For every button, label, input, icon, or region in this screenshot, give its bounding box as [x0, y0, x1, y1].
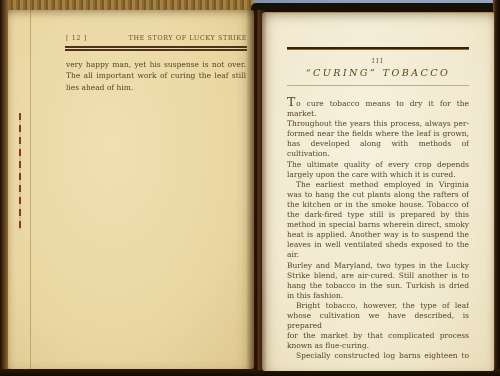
paragraph: Bright tobacco, however, the type of lea… — [287, 301, 469, 351]
paragraph: The earliest method employed in Virginia… — [287, 180, 469, 301]
text-line: the kitchen or in the smoke house. Tobac… — [287, 200, 469, 210]
chapter-title: “CURING” TOBACCO — [287, 68, 469, 79]
text-line: leaves in well ventilated sheds exposed … — [287, 240, 469, 260]
chapter-heading-rule-bottom — [287, 85, 469, 86]
text-line: whose cultivation we have described, is … — [287, 311, 469, 331]
right-page-text-block: III “CURING” TOBACCO To cure tobacco mea… — [287, 13, 469, 361]
text-line: has developed along with methods of cult… — [287, 139, 469, 159]
text-line: Specially constructed log barns eighteen… — [287, 351, 469, 361]
page-header: [ 12 ] THE STORY OF LUCKY STRIKE — [66, 34, 247, 42]
text-line: The all important work of curing the lea… — [66, 70, 246, 81]
book-cover-edge-right — [493, 0, 500, 376]
text-line: Burley and Maryland, two types in the Lu… — [287, 261, 469, 271]
text-line: lies ahead of him. — [66, 82, 246, 93]
book-photo: [ 12 ] THE STORY OF LUCKY STRIKE very ha… — [0, 0, 500, 376]
body-text: To cure tobacco means to dry it for the … — [287, 97, 469, 361]
page-edge-crease — [30, 10, 31, 369]
text-line: To cure tobacco means to dry it for the … — [287, 97, 469, 119]
paragraph: To cure tobacco means to dry it for the … — [287, 97, 469, 180]
text-line: in this fashion. — [287, 291, 469, 301]
text-line: for the market by that complicated proce… — [287, 331, 469, 341]
paragraph: Specially constructed log barns eighteen… — [287, 351, 469, 361]
text-line: the dark-fired type still is prepared by… — [287, 210, 469, 220]
page-number: [ 12 ] — [66, 34, 87, 42]
text-line: known as flue-curing. — [287, 341, 469, 351]
running-head: THE STORY OF LUCKY STRIKE — [129, 34, 247, 42]
text-line: The earliest method employed in Virginia — [287, 180, 469, 190]
text-line: was to hang the cut plants along the raf… — [287, 190, 469, 200]
left-page-text: very happy man, yet his suspense is not … — [66, 59, 246, 93]
gutter-shadow — [246, 10, 268, 370]
text-line: heat is applied. Another way is to suspe… — [287, 230, 469, 240]
text-line: Throughout the years this process, alway… — [287, 119, 469, 129]
text-line: method in special barns wherein direct, … — [287, 220, 469, 230]
chapter-heading-rule-top — [287, 47, 469, 50]
left-page: [ 12 ] THE STORY OF LUCKY STRIKE very ha… — [8, 10, 254, 369]
text-line: hang the tobacco in the sun. Turkish is … — [287, 281, 469, 291]
chapter-number: III — [287, 57, 469, 65]
text-line: The ultimate quality of every crop depen… — [287, 160, 469, 170]
text-line: largely upon the care with which it is c… — [287, 170, 469, 180]
text-line: Bright tobacco, however, the type of lea… — [287, 301, 469, 311]
page-edge-marks — [19, 113, 21, 230]
right-page: III “CURING” TOBACCO To cure tobacco mea… — [262, 12, 494, 371]
text-line: Strike blend, are air-cured. Still anoth… — [287, 271, 469, 281]
text-line: formed near the fields where the leaf is… — [287, 129, 469, 139]
text-line: very happy man, yet his suspense is not … — [66, 59, 246, 70]
header-rule — [65, 46, 247, 51]
